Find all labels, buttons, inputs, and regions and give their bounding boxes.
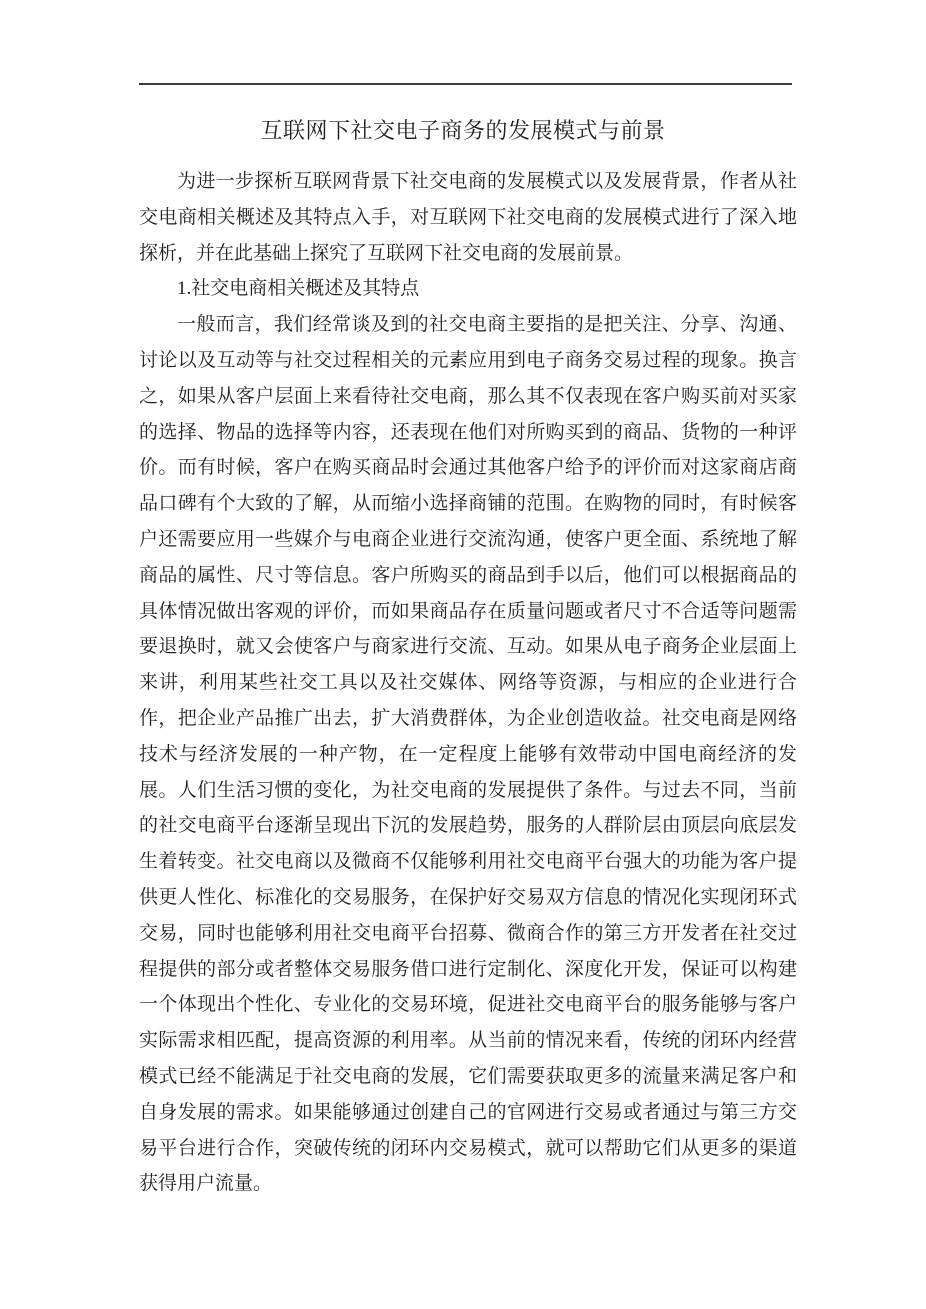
document-title: 互联网下社交电子商务的发展模式与前景: [134, 114, 792, 148]
section-heading-1: 1.社交电商相关概述及其特点: [139, 271, 797, 307]
document-page: 互联网下社交电子商务的发展模式与前景 为进一步探析互联网背景下社交电商的发展模式…: [0, 0, 926, 1309]
paragraph-section-1-body: 一般而言，我们经常谈及到的社交电商主要指的是把关注、分享、沟通、讨论以及互动等与…: [139, 307, 797, 1202]
paragraph-intro: 为进一步探析互联网背景下社交电商的发展模式以及发展背景，作者从社交电商相关概述及…: [139, 164, 797, 271]
document-body: 为进一步探析互联网背景下社交电商的发展模式以及发展背景，作者从社交电商相关概述及…: [139, 164, 797, 1202]
header-rule: [139, 83, 792, 85]
